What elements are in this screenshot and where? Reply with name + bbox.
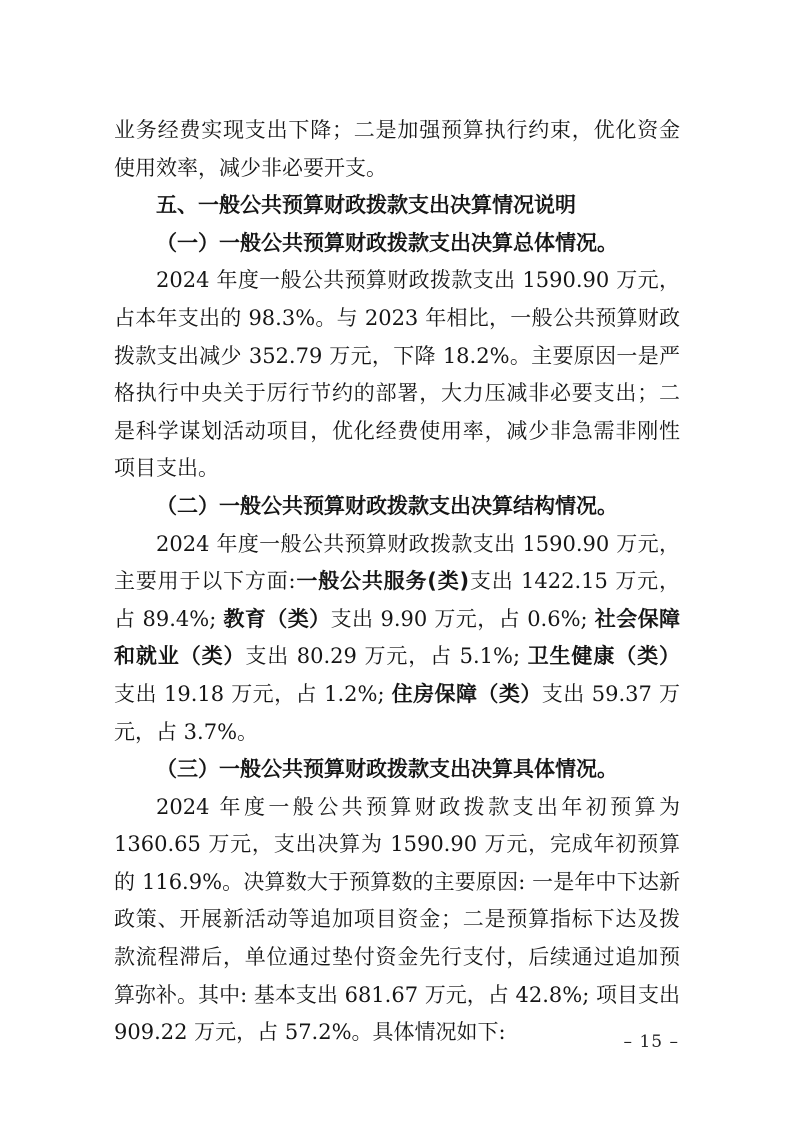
text-run: 支出 80.29 万元，占 5.1%;	[245, 644, 527, 668]
category-housing-security: 住房保障（类）	[392, 682, 542, 706]
document-body: 业务经费实现支出下降；二是加强预算执行约束，优化资金使用效率，减少非必要开支。 …	[114, 112, 680, 1052]
paragraph-specific-situation: 2024 年度一般公共预算财政拨款支出年初预算为 1360.65 万元，支出决算…	[114, 789, 680, 1052]
section-heading-5: 五、一般公共预算财政拨款支出决算情况说明	[114, 187, 680, 225]
subsection-heading-2: （二）一般公共预算财政拨款支出决算结构情况。	[114, 488, 680, 526]
subsection-heading-1: （一）一般公共预算财政拨款支出决算总体情况。	[114, 225, 680, 263]
paragraph-structure-breakdown: 2024 年度一般公共预算财政拨款支出 1590.90 万元，主要用于以下方面:…	[114, 526, 680, 752]
paragraph-overall-situation: 2024 年度一般公共预算财政拨款支出 1590.90 万元，占本年支出的 98…	[114, 262, 680, 488]
category-education: 教育（类）	[223, 607, 330, 631]
category-health: 卫生健康（类）	[528, 644, 680, 668]
subsection-heading-3: （三）一般公共预算财政拨款支出决算具体情况。	[114, 751, 680, 789]
category-general-public-services: 一般公共服务(类)	[296, 569, 470, 593]
page-number: – 15 –	[624, 1030, 679, 1054]
document-page: 业务经费实现支出下降；二是加强预算执行约束，优化资金使用效率，减少非必要开支。 …	[0, 0, 793, 1122]
text-run: 支出 9.90 万元，占 0.6%;	[331, 607, 595, 631]
paragraph-continuation: 业务经费实现支出下降；二是加强预算执行约束，优化资金使用效率，减少非必要开支。	[114, 112, 680, 187]
text-run: 支出 19.18 万元，占 1.2%;	[114, 682, 392, 706]
